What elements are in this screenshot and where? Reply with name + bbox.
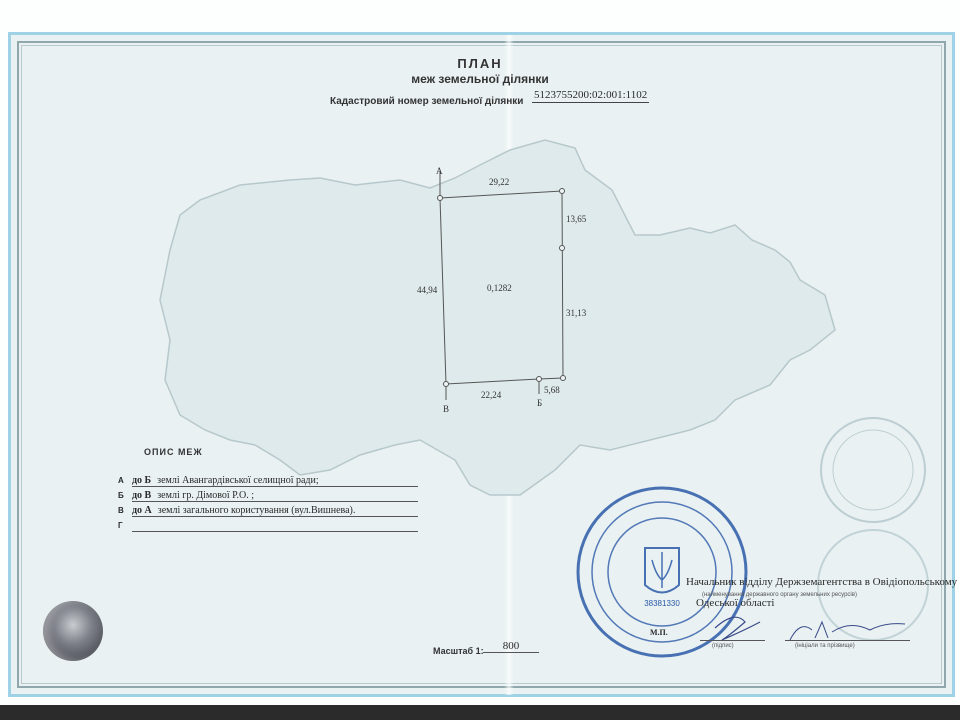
ukraine-map-outline [160, 140, 835, 495]
vertex-b [537, 377, 542, 382]
side-bottom-right: 5,68 [544, 385, 560, 395]
vertex-label-a: А [436, 166, 443, 176]
name-caption: (ініціали та прізвище) [795, 643, 855, 649]
document-subtitle: меж земельної ділянки [0, 72, 960, 86]
vertex-ne [560, 189, 565, 194]
stamp-place-label: М.П. [650, 628, 668, 637]
signature-scribble [715, 617, 760, 640]
name-line [785, 640, 910, 641]
scanner-edge [0, 705, 960, 720]
signature-line [700, 640, 765, 641]
vertex-e [560, 246, 565, 251]
boundary-row: Бдо Вземлі гр. Дімової Р.О. ; [118, 490, 418, 502]
side-left: 44,94 [417, 285, 437, 295]
hologram-seal [43, 601, 103, 661]
signature-caption: (підпис) [712, 643, 734, 649]
official-position: Начальник відділу Держземагентства в Ові… [686, 576, 960, 588]
side-right-upper: 13,65 [566, 214, 586, 224]
vertex-v [444, 382, 449, 387]
vertex-se [561, 376, 566, 381]
cadastral-number: 5123755200:02:001:1102 [532, 89, 649, 103]
scale-value: 800 [483, 640, 539, 653]
boundary-row: Вдо Аземлі загального користування (вул.… [118, 505, 418, 517]
side-right-lower: 31,13 [566, 308, 586, 318]
vertex-label-v: В [443, 404, 449, 414]
svg-text:38381330: 38381330 [644, 599, 680, 608]
side-top: 29,22 [489, 177, 509, 187]
official-region: Одеської області [696, 597, 774, 609]
cadastral-label: Кадастровий номер земельної ділянки [330, 96, 523, 107]
scale-label: Масштаб 1: [433, 646, 484, 656]
plan-drawing: 38381330 [0, 0, 960, 720]
document-title: ПЛАН [0, 56, 960, 71]
plot-area: 0,1282 [487, 283, 512, 293]
vertex-label-b: Б [537, 398, 542, 408]
side-bottom-left: 22,24 [481, 390, 501, 400]
boundaries-heading: ОПИС МЕЖ [144, 447, 203, 457]
boundary-row: Адо Бземлі Авангардівської селищної ради… [118, 475, 418, 487]
boundary-row: Г [118, 520, 418, 532]
vertex-a [438, 196, 443, 201]
